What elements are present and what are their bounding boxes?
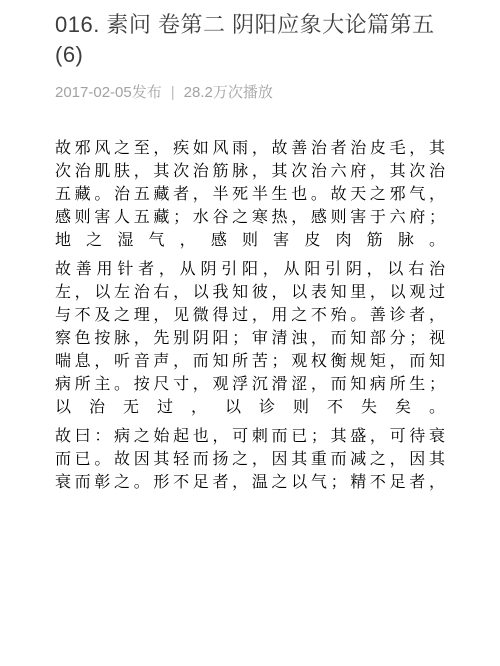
text-line: 故善用针者，从阴引阳，从阳引阴，以右治 — [55, 256, 445, 279]
page-title-line-1: 016. 素问 卷第二 阴阳应象大论篇第五 — [55, 10, 445, 40]
article-page: 016. 素问 卷第二 阴阳应象大论篇第五 (6) 2017-02-05发布 |… — [0, 0, 500, 666]
text-line: 与不及之理，见微得过，用之不殆。善诊者， — [55, 302, 445, 325]
article-body: 故邪风之至，疾如风雨，故善治者治皮毛，其 次治肌肤，其次治筋脉，其次治六府，其次… — [55, 135, 445, 492]
text-line: 五藏。治五藏者，半死半生也。故天之邪气， — [55, 181, 445, 204]
text-line: 故邪风之至，疾如风雨，故善治者治皮毛，其 — [55, 135, 445, 158]
page-title-line-2: (6) — [55, 40, 445, 70]
text-line: 感则害人五藏；水谷之寒热，感则害于六府； — [55, 204, 445, 227]
text-line: 病所主。按尺寸，观浮沉滑涩，而知病所生； — [55, 371, 445, 394]
text-line: 地之湿气，感则害皮肉筋脉。 — [55, 227, 445, 250]
text-line: 故曰：病之始起也，可刺而已；其盛，可待衰 — [55, 423, 445, 446]
text-line: 而已。故因其轻而扬之，因其重而减之，因其 — [55, 446, 445, 469]
text-line: 衰而彰之。形不足者，温之以气；精不足者， — [55, 469, 445, 492]
meta-separator: | — [171, 83, 175, 103]
meta-row: 2017-02-05发布 | 28.2万次播放 — [55, 83, 445, 103]
text-line: 喘息，听音声，而知所苦；观权衡规矩，而知 — [55, 348, 445, 371]
page-title: 016. 素问 卷第二 阴阳应象大论篇第五 (6) — [55, 10, 445, 70]
text-line: 次治肌肤，其次治筋脉，其次治六府，其次治 — [55, 158, 445, 181]
text-line: 察色按脉，先别阴阳；审清浊，而知部分；视 — [55, 325, 445, 348]
view-count: 28.2万次播放 — [184, 83, 273, 103]
text-line: 以治无过，以诊则不失矣。 — [55, 394, 445, 417]
text-line: 左，以左治右，以我知彼，以表知里，以观过 — [55, 279, 445, 302]
publish-date: 2017-02-05发布 — [55, 83, 162, 103]
